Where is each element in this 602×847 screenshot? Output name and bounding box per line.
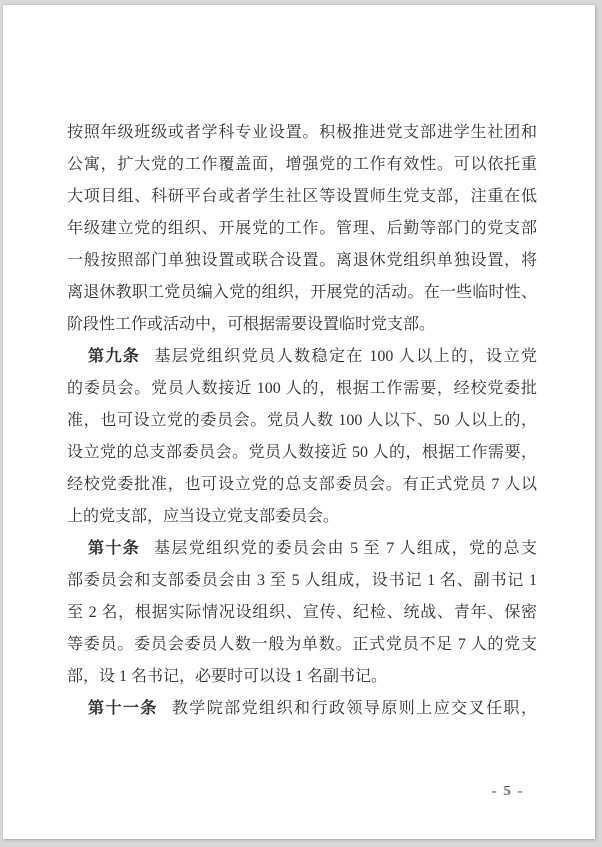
text-line: 部委员会和支部委员会由 3 至 5 人组成，设书记 1 名、副书记 1 bbox=[67, 565, 537, 597]
text-block: 按照年级班级或者学科专业设置。积极推进党支部进学生社团和公寓，扩大党的工作覆盖面… bbox=[67, 117, 537, 725]
text-line: 经校党委批准，也可设立党的总支部委员会。有正式党员 7 人以 bbox=[67, 469, 537, 501]
text-line: 年级建立党的组织、开展党的工作。管理、后勤等部门的党支部 bbox=[67, 213, 537, 245]
text-line: 的委员会。党员人数接近 100 人的，根据工作需要，经校党委批 bbox=[67, 373, 537, 405]
text-line: 第十一条教学院部党组织和行政领导原则上应交叉任职， bbox=[67, 693, 537, 725]
text-line: 公寓，扩大党的工作覆盖面，增强党的工作有效性。可以依托重 bbox=[67, 149, 537, 181]
text-line: 阶段性工作或活动中，可根据需要设置临时党支部。 bbox=[67, 309, 537, 341]
text-line: 按照年级班级或者学科专业设置。积极推进党支部进学生社团和 bbox=[67, 117, 537, 149]
document-page: 按照年级班级或者学科专业设置。积极推进党支部进学生社团和公寓，扩大党的工作覆盖面… bbox=[3, 5, 595, 839]
text-line: 大项目组、科研平台或者学生社区等设置师生党支部，注重在低 bbox=[67, 181, 537, 213]
page-number: - 5 - bbox=[458, 783, 558, 799]
text-line: 设立党的总支部委员会。党员人数接近 50 人的，根据工作需要， bbox=[67, 437, 537, 469]
line-text: 教学院部党组织和行政领导原则上应交叉任职， bbox=[172, 700, 537, 717]
text-line: 等委员。委员会委员人数一般为单数。正式党员不足 7 人的党支 bbox=[67, 629, 537, 661]
article-number: 第十条 bbox=[88, 540, 154, 557]
text-line: 一般按照部门单独设置或联合设置。离退休党组织单独设置，将 bbox=[67, 245, 537, 277]
document-viewer-backdrop: 按照年级班级或者学科专业设置。积极推进党支部进学生社团和公寓，扩大党的工作覆盖面… bbox=[0, 0, 602, 847]
article-number: 第十一条 bbox=[88, 700, 172, 717]
line-text: 基层党组织党的委员会由 5 至 7 人组成，党的总支 bbox=[154, 540, 537, 557]
text-line: 第十条基层党组织党的委员会由 5 至 7 人组成，党的总支 bbox=[67, 533, 537, 565]
text-line: 准，也可设立党的委员会。党员人数 100 人以下、50 人以上的， bbox=[67, 405, 537, 437]
text-line: 第九条基层党组织党员人数稳定在 100 人以上的，设立党 bbox=[67, 341, 537, 373]
line-text: 基层党组织党员人数稳定在 100 人以上的，设立党 bbox=[154, 348, 537, 365]
article-number: 第九条 bbox=[88, 348, 154, 365]
text-line: 离退休教职工党员编入党的组织，开展党的活动。在一些临时性、 bbox=[67, 277, 537, 309]
text-line: 上的党支部，应当设立党支部委员会。 bbox=[67, 501, 537, 533]
text-line: 部，设 1 名书记，必要时可以设 1 名副书记。 bbox=[67, 661, 537, 693]
text-line: 至 2 名，根据实际情况设组织、宣传、纪检、统战、青年、保密 bbox=[67, 597, 537, 629]
